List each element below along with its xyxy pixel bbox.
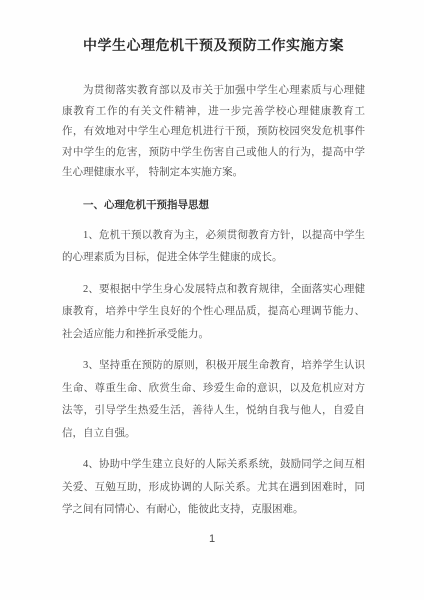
document-page: 中学生心理危机干预及预防工作实施方案 为贯彻落实教育部以及市关于加强中学生心理素… bbox=[0, 0, 424, 600]
intro-paragraph: 为贯彻落实教育部以及市关于加强中学生心理素质与心理健康教育工作的有关文件精神，进… bbox=[62, 81, 365, 184]
list-item-3: 3、坚持重在预防的原则，积极开展生命教育，培养学生认识生命、尊重生命、欣赏生命、… bbox=[62, 355, 365, 445]
page-number: 1 bbox=[209, 533, 215, 545]
list-item-1: 1、危机干预以教育为主，必须贯彻教育方针，以提高中学生的心理素质为目标，促进全体… bbox=[62, 225, 365, 270]
document-title: 中学生心理危机干预及预防工作实施方案 bbox=[52, 38, 375, 56]
list-item-2: 2、要根据中学生身心发展特点和教育规律，全面落实心理健康教育，培养中学生良好的个… bbox=[62, 279, 365, 347]
list-item-4: 4、协助中学生建立良好的人际关系系统，鼓励同学之间互相关爱、互勉互助，形成协调的… bbox=[62, 454, 365, 522]
page-footer: 1 bbox=[0, 529, 424, 547]
section-heading-guiding-principles: 一、心理危机干预指导思想 bbox=[62, 195, 365, 216]
